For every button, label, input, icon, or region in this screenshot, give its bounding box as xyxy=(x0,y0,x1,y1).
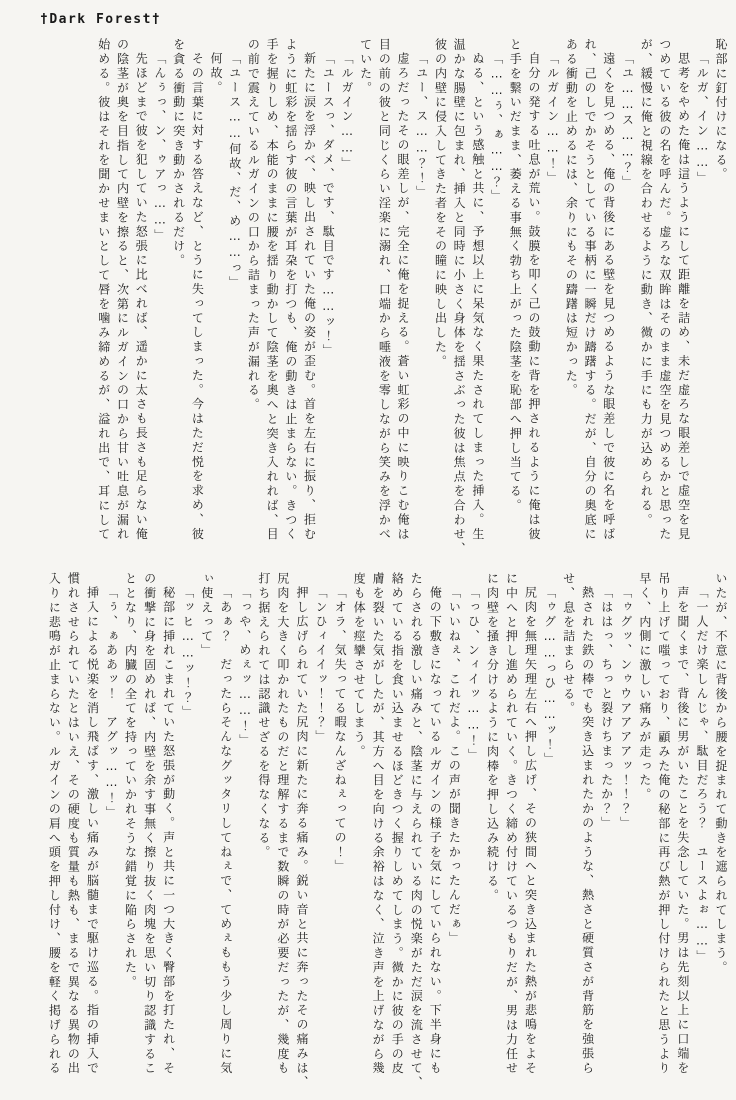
text-line: 新たに涙を浮かべ、映し出されていた俺の姿が歪む。首を左右に振り、拒む xyxy=(300,38,319,570)
text-line: 「ルガイン……」 xyxy=(337,38,356,570)
text-line: 遠くを見つめる、俺の背後にある壁を見つめるような眼差しで彼に名を呼ば xyxy=(599,38,618,570)
text-line: の衝撃に身を固めれば、内壁を余す事無く擦り抜く肉塊を思い切り認識するこ xyxy=(140,572,159,1100)
text-line: 「一人だけ楽しんじゃ、駄目だろう？ ユースよぉ……」 xyxy=(692,572,711,1100)
text-line: ように虹彩を揺らす彼の言葉が耳朶を打つも、俺の動きは止まらない。きつく xyxy=(281,38,300,570)
text-line: 「ゥグッ、ンゥウアアアアッ！！？」 xyxy=(616,572,635,1100)
text-line: 「ユ……ス……？」 xyxy=(618,38,637,570)
text-line: れ、己のしでかそうとしている事柄に一瞬だけ躊躇する。だが、自分の奥底に xyxy=(580,38,599,570)
text-line: 熱された鉄の棒でも突き込まれたかのような、熱さと硬質さが背筋を強張ら xyxy=(578,572,597,1100)
text-line: 何故。 xyxy=(206,38,225,570)
text-line: に肉壁を掻き分けるように肉棒を押し込み続ける。 xyxy=(482,572,501,1100)
text-line: 「ルガイン……！」 xyxy=(543,38,562,570)
text-line: 「ユースっ、ダメ、です、駄目です……ッ！」 xyxy=(319,38,338,570)
text-line: たらされる激しい痛みと、陰茎に与えられている肉の悦楽がただ涙を流させて、 xyxy=(406,572,425,1100)
text-line: の前で震えているルガインの口から詰まった声が漏れる。 xyxy=(244,38,263,570)
text-line: の陰茎が奥を目指して内壁を擦ると、次第にルガインの口から甘い吐息が漏れ xyxy=(113,38,132,570)
text-line: 先ほどまで彼を犯していた怒張に比べれば、遥かに太さも長さも足らない俺 xyxy=(132,38,151,570)
text-line: その言葉に対する答えなど、とうに失ってしまった。今はただ悦を求め、彼 xyxy=(188,38,207,570)
text-line: 慣れさせられていたとはいえ、その硬度も質量も熱も、まるで異なる異物の出 xyxy=(63,572,82,1100)
text-line: 膚を裂いた気がしたが、其方へ目を向ける余裕はなく、泣き声を上げながら幾 xyxy=(368,572,387,1100)
text-line: 虚ろだったその眼差しが、完全に俺を捉える。蒼い虹彩の中に映りこむ俺は xyxy=(393,38,412,570)
text-line: いたが、不意に背後から腰を捉まれて動きを遮られてしまう。 xyxy=(711,572,730,1100)
text-line: ぃ使えって」 xyxy=(197,572,216,1100)
text-line: が、緩慢に俺と視線を合わせるように動き、微かに手にも力が込められる。 xyxy=(636,38,655,570)
text-line: 「ゥグ……っひ……ッ！」 xyxy=(540,572,559,1100)
text-line: 恥部に釘付けになる。 xyxy=(711,38,730,570)
text-line: 「いいねぇ、これだよ。この声が聞きたかったんだぁ」 xyxy=(444,572,463,1100)
text-line: 「ユー、ス……？！」 xyxy=(412,38,431,570)
text-line: 思考をやめた俺は這うようにして距離を詰め、未だ虚ろな眼差しで虚空を見 xyxy=(674,38,693,570)
text-line: せ、息を詰まらせる。 xyxy=(559,572,578,1100)
page-header: †Dark Forest† xyxy=(40,12,161,27)
text-block-top: 恥部に釘付けになる。「ルガ、イン……」思考をやめた俺は這うようにして距離を詰め、… xyxy=(94,38,730,570)
text-line: を貪る衝動に突き動かされるだけ。 xyxy=(169,38,188,570)
text-line: 「あぁ？ だったらそんなグッタリしてねぇで、てめぇももう少し周りに気 xyxy=(216,572,235,1100)
text-line: 「っひ、ンィイッ……！」 xyxy=(463,572,482,1100)
text-line: 目の前の彼と同じくらい淫楽に溺れ、口端から唾液を零しながら笑みを浮かべ xyxy=(375,38,394,570)
text-line: に中へと押し進められていく。きつく締め付けているつもりだが、男は力任せ xyxy=(501,572,520,1100)
doujin-title: †Dark Forest† xyxy=(40,12,161,27)
text-line: ていた。 xyxy=(356,38,375,570)
text-line: ある衝動を止めるには、余りにもその躊躇は短かった。 xyxy=(562,38,581,570)
text-line: 「ルガ、イン……」 xyxy=(693,38,712,570)
text-line: 尻肉を大きく叩かれたものだと理解するまで数瞬の時が必要だったが、幾度も xyxy=(273,572,292,1100)
text-line: 彼の内壁に侵入してきた者をその瞳に映し出した。 xyxy=(431,38,450,570)
text-line: 「ぅ、ぁああッ！ アグッ……！」 xyxy=(101,572,120,1100)
text-line: 挿入による悦楽を消し飛ばす、激しい痛みが脳髄まで駆け巡る。指の挿入で xyxy=(82,572,101,1100)
text-line: 声を聞くまで、背後に男がいたことを失念していた。男は先刻以上に口端を xyxy=(673,572,692,1100)
text-line: 早く、内側に激しい痛みが走った。 xyxy=(635,572,654,1100)
text-line: 「ンひィイイッ！！？」 xyxy=(311,572,330,1100)
text-line: つめている彼の名を呼んだ。虚ろな双眸はそのまま虚空を見つめるかと思った xyxy=(655,38,674,570)
text-line: 「ははっ、ちっと裂けちまったか？」 xyxy=(597,572,616,1100)
text-line: と手を繋いだまま、萎える事無く勃ち上がった陰茎を恥部へ押し当てる。 xyxy=(506,38,525,570)
text-line: 「っや、めぇッ……！」 xyxy=(235,572,254,1100)
text-line: 「オラ、気失ってる暇なんざねぇっての！」 xyxy=(330,572,349,1100)
text-line: 打ち据えられては認識せざるを得なくなる。 xyxy=(254,572,273,1100)
text-block-bottom: いたが、不意に背後から腰を捉まれて動きを遮られてしまう。「一人だけ楽しんじゃ、駄… xyxy=(44,572,730,1100)
text-line: 「……ぅ、ぁ……？」 xyxy=(487,38,506,570)
text-line: 度も体を痙攣させてしまう。 xyxy=(349,572,368,1100)
text-line: 自分の発する吐息が荒い。鼓膜を叩く己の鼓動に背を押されるように俺は彼 xyxy=(524,38,543,570)
text-line: 「んぅっ、ン、ゥアっ……」 xyxy=(150,38,169,570)
text-line: 秘部に挿れこまれていた怒張が動く。声と共に一つ大きく臀部を打たれ、そ xyxy=(159,572,178,1100)
text-line: ととなり、内臓の全てを持っていかれそうな錯覚に陥らされた。 xyxy=(121,572,140,1100)
text-line: 温かな腸壁に包まれ、挿入と同時に小さく身体を揺さぶった彼は焦点を合わせ、 xyxy=(449,38,468,570)
text-line: 「ッヒ……ッ！？」 xyxy=(178,572,197,1100)
text-line: 押し広げられていた尻肉に新たに奔る痛み。鋭い音と共に奔ったその痛みは、 xyxy=(292,572,311,1100)
text-line: 手を握りしめ、本能のままに腰を揺り動かして陰茎を奥へと突き入れれば、目 xyxy=(262,38,281,570)
text-line: 吊り上げて嗤っており、顧みた俺の秘部に再び熱が押し付けられたと思うより xyxy=(654,572,673,1100)
text-line: 「ユース……何故、だ、め……っ」 xyxy=(225,38,244,570)
text-line: ぬる、という感触と共に、予想以上に呆気なく果たされてしまった挿入。生 xyxy=(468,38,487,570)
text-line: 尻肉を無理矢理左右へ押し広げ、その狭間へと突き込まれた熱が悲鳴をよそ xyxy=(520,572,539,1100)
page: †Dark Forest† 恥部に釘付けになる。「ルガ、イン……」思考をやめた俺… xyxy=(0,0,736,1100)
text-line: 俺の下敷きになっているルガインの様子を気にしていられない。下半身にも xyxy=(425,572,444,1100)
text-line: 始める。彼はそれを聞かせまいとして唇を噛み締めるが、溢れ出で、耳にして xyxy=(94,38,113,570)
text-line: 絡めている指を食い込ませるほどきつく握りしめてしまう。微かに彼の手の皮 xyxy=(387,572,406,1100)
text-line: 入りに悲鳴が止まらない。ルガインの肩へ頭を押し付け、腰を軽く掲げられる xyxy=(44,572,63,1100)
scanned-page: { "page": { "header_title": "†Dark Fores… xyxy=(0,0,736,1100)
